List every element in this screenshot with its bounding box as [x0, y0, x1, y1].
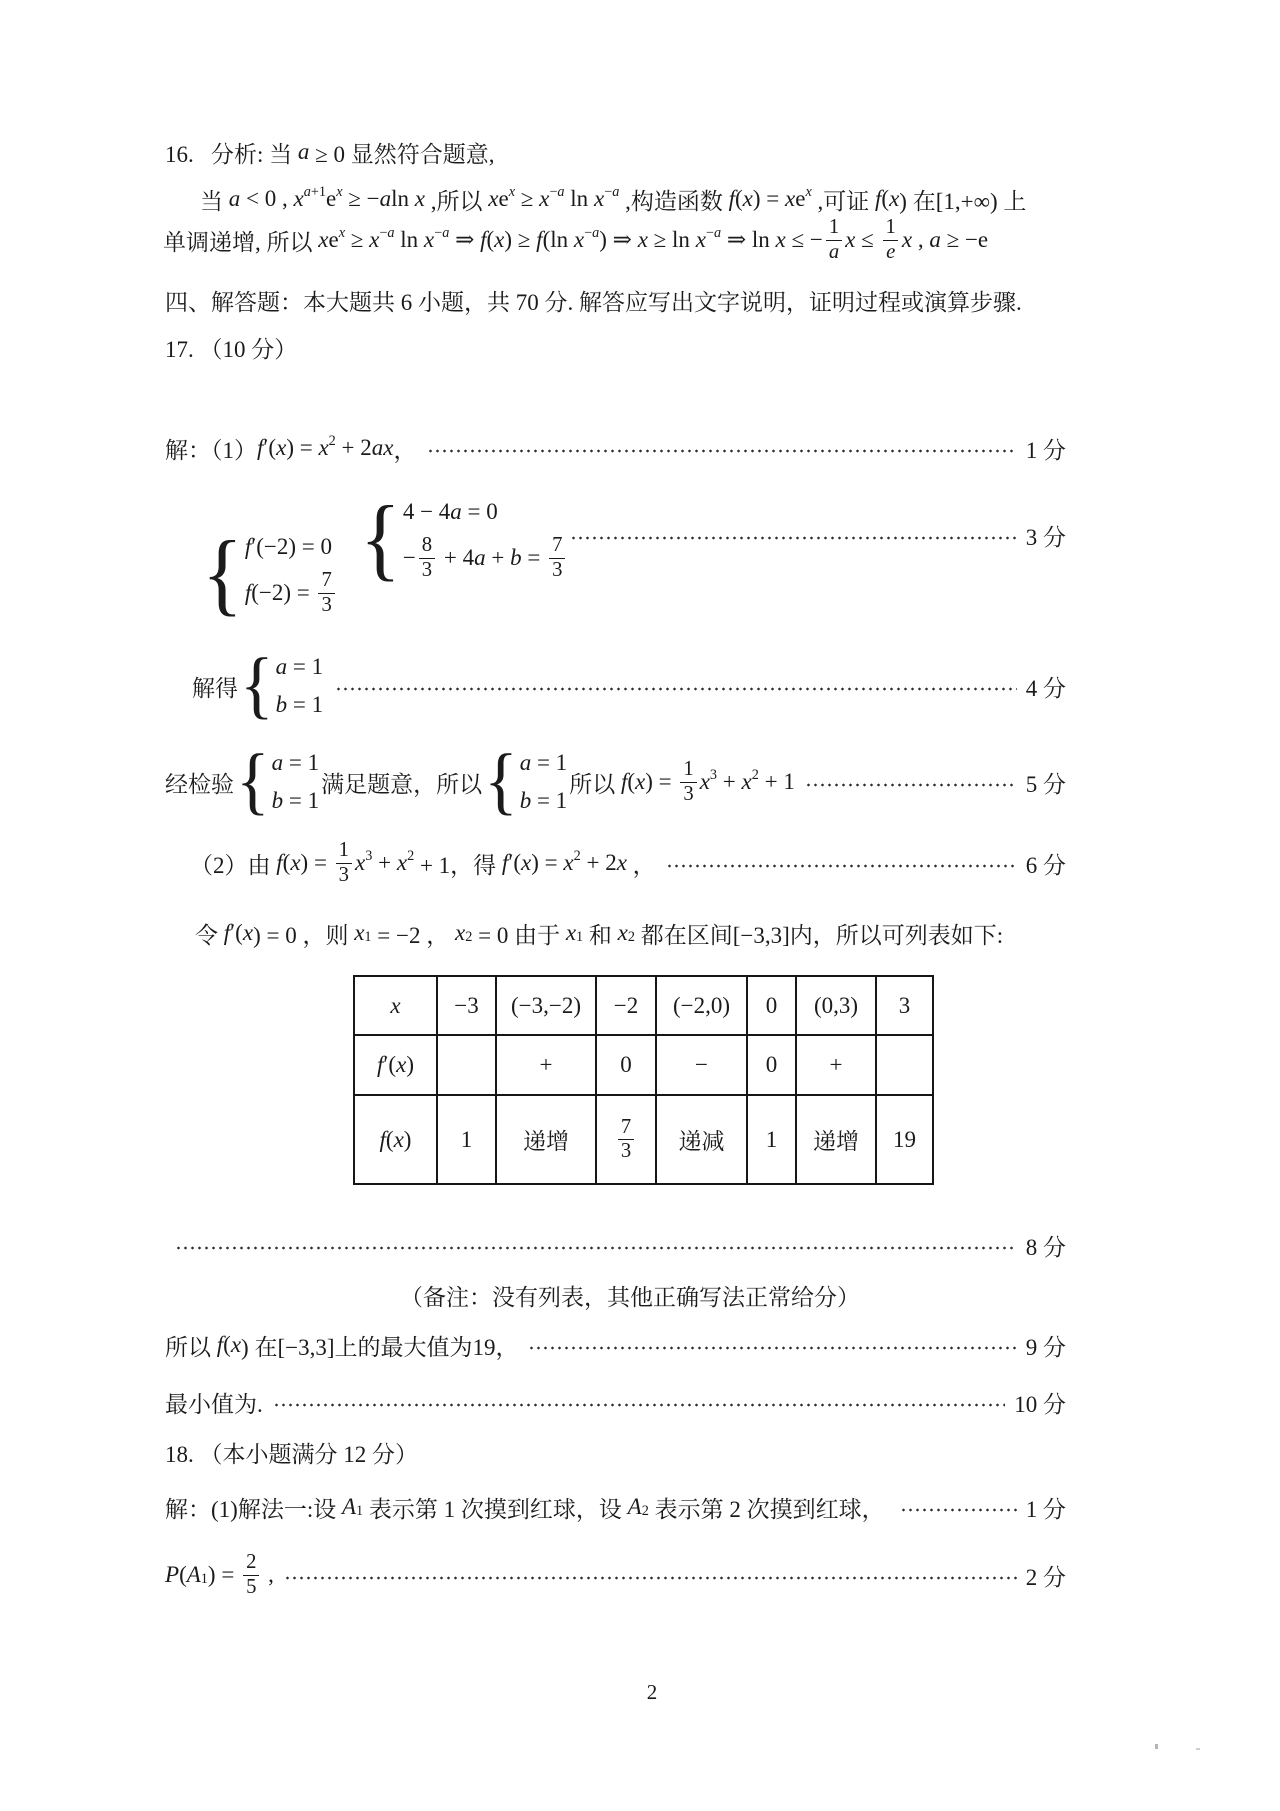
text: +: [717, 769, 741, 795]
scan-speck: [1155, 1744, 1158, 1749]
table-cell: 递增: [496, 1095, 596, 1184]
q17-system-right: {4 − 4a = 0−83 + 4a + b = 73: [358, 483, 570, 595]
text: ⇒ ln: [721, 227, 775, 253]
math-token: a: [714, 225, 721, 241]
text: 递减: [679, 1129, 725, 1154]
math-token: −: [434, 225, 442, 241]
fraction-denominator: 3: [419, 558, 435, 582]
text: 0: [620, 1052, 632, 1077]
text: = 1: [287, 692, 323, 718]
text: (−2,0): [673, 993, 730, 1018]
score-label: 1 分: [1026, 432, 1066, 465]
text: 1: [461, 1127, 473, 1152]
math-token: 3: [552, 559, 562, 581]
scan-speck: [1196, 1748, 1200, 1750]
dotted-leader: [335, 687, 1017, 691]
brace-group: {f′(−2) = 0f(−2) = 73: [202, 531, 338, 616]
math-variable: b: [510, 545, 522, 571]
text: （备注：没有列表，其他正确写法正常给分）: [400, 1279, 860, 1312]
math-variable: ax: [372, 435, 394, 461]
text: = 1: [283, 788, 319, 814]
math-token: x: [336, 184, 342, 200]
math-variable: x: [574, 227, 584, 253]
math-variable: P: [165, 1562, 179, 1588]
curly-brace: {: [360, 497, 401, 581]
math-token: a: [557, 184, 564, 200]
text: ′(: [508, 850, 521, 876]
brace-rows: a = 1b = 1: [520, 747, 567, 817]
score-label: 5 分: [1026, 766, 1066, 799]
text: 16. 分析: 当: [165, 136, 298, 169]
brace-group: {4 − 4a = 0−83 + 4a + b = 73: [360, 496, 568, 581]
math-variable: x: [700, 769, 710, 795]
score-label: 9 分: [1026, 1329, 1066, 1362]
fraction: 1a: [826, 216, 842, 263]
math-token: a: [304, 184, 311, 200]
brace-row: a = 1: [276, 651, 323, 683]
fraction: 83: [419, 534, 435, 581]
q17-header: 17. （10 分）: [165, 329, 297, 365]
math-variable: x: [845, 227, 855, 253]
curly-brace: {: [240, 651, 274, 721]
brace-group: {a = 1b = 1: [240, 651, 323, 721]
math-variable: x: [696, 227, 706, 253]
score-label: 2 分: [1026, 1559, 1066, 1592]
math-token: −: [604, 184, 612, 200]
q17-min-line: 最小值为.10 分: [165, 1384, 1066, 1420]
fraction: 13: [680, 758, 696, 805]
text: 最小值为.: [165, 1386, 263, 1419]
math-variable: b: [272, 788, 284, 814]
math-token: 1: [364, 929, 371, 945]
math-variable: x: [354, 920, 364, 946]
text: ≤: [855, 227, 879, 253]
section4-header: 四、解答题：本大题共 6 小题，共 70 分. 解答应写出文字说明，证明过程或演…: [165, 282, 1022, 318]
brace-rows: a = 1b = 1: [276, 651, 323, 721]
brace-row: b = 1: [520, 785, 567, 817]
text: = 0 由于: [472, 917, 565, 950]
math-token: 3: [321, 594, 331, 616]
math-variable: x: [776, 227, 786, 253]
fraction-numerator: 7: [318, 569, 334, 592]
page-number: 2: [640, 1680, 664, 1705]
brace-group: {a = 1b = 1: [484, 747, 567, 817]
text: =: [522, 545, 546, 571]
q17-note-line: （备注：没有列表，其他正确写法正常给分）: [400, 1277, 860, 1313]
fraction-numerator: 1: [826, 216, 842, 239]
brace-row: f(−2) = 73: [245, 569, 338, 616]
math-variable: x: [455, 920, 465, 946]
math-token: 2: [465, 929, 472, 945]
fraction: 73: [618, 1116, 634, 1163]
math-variable: x: [243, 920, 253, 946]
fraction-denominator: 3: [680, 782, 696, 806]
math-token: 3: [422, 559, 432, 581]
table-cell: −: [656, 1035, 747, 1095]
brace-rows: a = 1b = 1: [272, 747, 319, 817]
table-cell: 19: [876, 1095, 933, 1184]
dotted-leader: [570, 536, 1017, 540]
q17-system-left: {f′(−2) = 0f(−2) = 73: [200, 518, 340, 630]
text: +: [372, 850, 396, 876]
q17-zeros-line: 令 f′(x) = 0 ，则 x1 = −2 ， x2 = 0 由于 x1 和 …: [195, 915, 1003, 951]
table-cell: (0,3): [796, 976, 876, 1035]
text: ≥ ln: [648, 227, 696, 253]
table-cell: (−3,−2): [496, 976, 596, 1035]
math-token: −: [584, 225, 592, 241]
text: (: [223, 1332, 231, 1358]
text: + 4: [438, 545, 474, 571]
math-token: a: [829, 241, 839, 263]
brace-rows: 4 − 4a = 0−83 + 4a + b = 73: [403, 496, 569, 581]
math-token: a: [612, 184, 619, 200]
math-token: 1: [576, 929, 583, 945]
text: = 1: [531, 750, 567, 776]
fraction-denominator: 3: [336, 863, 352, 887]
math-variable: x: [618, 920, 628, 946]
math-token: 1: [201, 1571, 208, 1587]
math-token: 1: [683, 758, 693, 780]
text: +: [830, 1052, 843, 1077]
table-cell: x: [354, 976, 437, 1035]
text: ): [404, 1127, 412, 1152]
math-token: 3: [365, 848, 372, 864]
fraction: 1e: [883, 216, 899, 263]
text: 满足题意，所以: [321, 766, 482, 799]
text: ) ⇒: [599, 227, 637, 253]
q17-verify-line: 经检验{a = 1b = 1满足题意，所以{a = 1b = 1所以 f(x) …: [165, 742, 1066, 822]
math-variable: x: [390, 993, 400, 1018]
math-token: 2: [642, 1503, 649, 1519]
text: ′(: [383, 1052, 396, 1077]
text: ) =: [208, 1562, 240, 1588]
math-token: 2: [752, 767, 759, 783]
brace-row: 4 − 4a = 0: [403, 496, 569, 528]
fraction-numerator: 1: [680, 758, 696, 781]
math-token: 1: [356, 1503, 363, 1519]
brace-row: b = 1: [272, 785, 319, 817]
brace-row: f′(−2) = 0: [245, 531, 338, 563]
math-token: 2: [246, 1551, 256, 1573]
text: +: [540, 1052, 553, 1077]
text: ′(−2) = 0: [251, 534, 332, 560]
text: +: [486, 545, 510, 571]
text: 0: [766, 1052, 778, 1077]
text: 四、解答题：本大题共 6 小题，共 70 分. 解答应写出文字说明，证明过程或演…: [165, 284, 1022, 317]
text: (: [627, 769, 635, 795]
text: ≥ 0 显然符合题意,: [309, 136, 494, 169]
math-variable: x: [742, 769, 752, 795]
text: −: [403, 545, 416, 571]
fraction: 13: [336, 839, 352, 886]
math-variable: x: [635, 769, 645, 795]
text: 表示第 1 次摸到红球，设: [363, 1491, 628, 1524]
text: + 1: [759, 769, 795, 795]
math-variable: b: [520, 788, 532, 814]
math-token: −: [706, 225, 714, 241]
text: 递增: [813, 1129, 859, 1154]
table-cell: 3: [876, 976, 933, 1035]
q18-header: 18. （本小题满分 12 分）: [165, 1434, 418, 1470]
curly-brace: {: [236, 747, 270, 817]
text: 令: [195, 917, 224, 950]
math-variable: a: [929, 227, 941, 253]
math-token: 1: [829, 216, 839, 238]
text: (ln: [543, 227, 574, 253]
text: −3: [454, 993, 478, 1018]
math-variable: x: [318, 227, 328, 253]
score-label: 3 分: [1026, 519, 1066, 552]
score-label: 6 分: [1026, 847, 1066, 880]
score-label: 10 分: [1014, 1386, 1066, 1419]
table-cell: −2: [596, 976, 656, 1035]
text: 19: [893, 1127, 916, 1152]
text: ): [406, 1052, 414, 1077]
text: ≥: [345, 227, 369, 253]
math-token: a: [592, 225, 599, 241]
math-token: 5: [246, 1576, 256, 1598]
brace-row: a = 1: [272, 747, 319, 779]
dotted-leader: [805, 783, 1017, 787]
text: ) =: [531, 850, 563, 876]
table-cell: 73: [596, 1095, 656, 1184]
math-variable: a: [298, 139, 310, 165]
text: 所以: [165, 1329, 217, 1362]
text: （2）由: [190, 847, 276, 880]
math-variable: x: [563, 850, 573, 876]
text: 解：（1）: [165, 432, 257, 465]
math-variable: x: [617, 850, 627, 876]
math-variable: a: [272, 750, 284, 776]
fraction-numerator: 7: [618, 1116, 634, 1139]
text: 1: [766, 1127, 778, 1152]
q17-dots3-line: 3 分: [560, 517, 1066, 553]
math-variable: a: [450, 499, 462, 525]
text: ) ≥: [504, 227, 536, 253]
q17-dots8-line: 8 分: [165, 1227, 1066, 1263]
math-variable: x: [369, 227, 379, 253]
math-variable: x: [638, 227, 648, 253]
math-token: a: [387, 225, 394, 241]
text: 0: [766, 993, 778, 1018]
text: (−3,−2): [511, 993, 581, 1018]
table-cell: (−2,0): [656, 976, 747, 1035]
fraction-denominator: 5: [243, 1575, 259, 1599]
text: 表示第 2 次摸到红球，: [649, 1491, 891, 1524]
text: 3: [899, 993, 911, 1018]
math-variable: b: [276, 692, 288, 718]
text: + 2: [581, 850, 617, 876]
text: = 1: [287, 654, 323, 680]
dotted-leader: [273, 1403, 1006, 1407]
fraction-numerator: 8: [419, 534, 435, 557]
text: (0,3): [814, 993, 858, 1018]
text: ，: [627, 847, 656, 880]
math-variable: a: [276, 654, 288, 680]
text: 解得: [192, 670, 238, 703]
math-token: 3: [683, 783, 693, 805]
math-variable: A: [187, 1562, 201, 1588]
fraction-numerator: 2: [243, 1551, 259, 1574]
table-cell: f(x): [354, 1095, 437, 1184]
math-token: x: [509, 184, 515, 200]
math-token: 8: [422, 534, 432, 556]
math-token: 7: [321, 569, 331, 591]
math-variable: A: [342, 1494, 356, 1520]
dotted-leader: [175, 1246, 1017, 1250]
text: ⇒: [449, 227, 480, 253]
math-token: x: [805, 184, 811, 200]
math-variable: x: [902, 227, 912, 253]
text: 所以: [569, 766, 621, 799]
math-variable: x: [494, 227, 504, 253]
text: = 1: [531, 788, 567, 814]
text: ) =: [286, 435, 318, 461]
table-cell: f′(x): [354, 1035, 437, 1095]
text: = 1: [283, 750, 319, 776]
text: 17. （10 分）: [165, 331, 297, 364]
text: ,: [262, 1562, 274, 1588]
math-token: 2: [574, 848, 581, 864]
brace-row: b = 1: [276, 689, 323, 721]
q16-step2-line: 单调递增, 所以 xex ≥ x−a ln x−a ⇒ f(x) ≥ f(ln …: [163, 208, 988, 272]
text: 解：(1)解法一:设: [165, 1491, 342, 1524]
table-cell: 0: [596, 1035, 656, 1095]
curly-brace: {: [202, 532, 243, 616]
text: 递增: [523, 1129, 569, 1154]
math-variable: x: [521, 850, 531, 876]
text: 单调递增, 所以: [163, 224, 318, 257]
math-variable: x: [394, 1127, 404, 1152]
text: ,: [912, 227, 929, 253]
fraction-numerator: 1: [883, 216, 899, 239]
text: ) 在[−3,3]上的最大值为19，: [241, 1329, 518, 1362]
text: 18. （本小题满分 12 分）: [165, 1436, 418, 1469]
math-variable: a: [474, 545, 486, 571]
score-label: 1 分: [1026, 1491, 1066, 1524]
math-variable: A: [628, 1494, 642, 1520]
math-token: 1: [339, 839, 349, 861]
text: ，: [394, 432, 417, 465]
math-token: e: [886, 241, 895, 263]
math-variable: x: [396, 1052, 406, 1077]
table-cell: 1: [747, 1095, 796, 1184]
fraction: 73: [318, 569, 334, 616]
monotonicity-table: x−3(−3,−2)−2(−2,0)0(0,3)3f′(x)+0−0+f(x)1…: [353, 975, 934, 1185]
math-variable: x: [355, 850, 365, 876]
table-cell: 递增: [796, 1095, 876, 1184]
text: −: [695, 1052, 708, 1077]
table-cell: +: [796, 1035, 876, 1095]
brace-group: {a = 1b = 1: [236, 747, 319, 817]
math-token: 2: [407, 848, 414, 864]
math-token: x: [339, 225, 345, 241]
text: + 2: [336, 435, 372, 461]
brace-rows: f′(−2) = 0f(−2) = 73: [245, 531, 338, 616]
dotted-leader: [284, 1576, 1017, 1580]
math-token: 3: [621, 1140, 631, 1162]
fraction-denominator: e: [883, 240, 898, 264]
score-label: 4 分: [1026, 670, 1066, 703]
table-cell: [876, 1035, 933, 1095]
text: = −2 ，: [372, 917, 455, 950]
text: ln: [395, 227, 424, 253]
text: ≤ −: [786, 227, 823, 253]
fraction-denominator: 3: [618, 1139, 634, 1163]
text: = 0: [462, 499, 498, 525]
math-variable: x: [276, 435, 286, 461]
table-cell: −3: [437, 976, 496, 1035]
text: (: [386, 1127, 394, 1152]
text: (: [486, 227, 494, 253]
q18-pa1-line: P(A1) = 25 ,2 分: [165, 1543, 1066, 1607]
table-cell: +: [496, 1035, 596, 1095]
text: ′(: [263, 435, 276, 461]
q17-solve-line: 解得{a = 1b = 14 分: [192, 647, 1066, 725]
table-cell: 递减: [656, 1095, 747, 1184]
text: 都在区间[−3,3]内，所以可列表如下:: [635, 917, 1003, 950]
dotted-leader: [666, 864, 1017, 868]
text: e: [328, 227, 338, 253]
math-variable: x: [318, 435, 328, 461]
text: ) =: [645, 769, 677, 795]
math-token: 7: [621, 1116, 631, 1138]
text: (: [179, 1562, 187, 1588]
text: ≥ −e: [941, 227, 988, 253]
q17-max-line: 所以 f(x) 在[−3,3]上的最大值为19，9 分: [165, 1327, 1066, 1363]
text: 经检验: [165, 766, 234, 799]
math-token: 1: [886, 216, 896, 238]
math-token: 2: [628, 929, 635, 945]
text: 4 − 4: [403, 499, 450, 525]
text: 和: [583, 917, 618, 950]
fraction-denominator: 3: [318, 593, 334, 617]
q16-analysis-line: 16. 分析: 当 a ≥ 0 显然符合题意,: [165, 134, 495, 170]
math-token: 3: [339, 864, 349, 886]
table-cell: [437, 1035, 496, 1095]
text: + 1，得: [414, 847, 502, 880]
table-cell: 1: [437, 1095, 496, 1184]
math-variable: x: [290, 850, 300, 876]
fraction-numerator: 1: [336, 839, 352, 862]
math-token: 2: [329, 433, 336, 449]
math-variable: x: [566, 920, 576, 946]
table-cell: 0: [747, 976, 796, 1035]
text: −2: [614, 993, 638, 1018]
math-variable: a: [520, 750, 532, 776]
brace-row: a = 1: [520, 747, 567, 779]
table-cell: 0: [747, 1035, 796, 1095]
math-variable: x: [424, 227, 434, 253]
q17-step1-line: 解：（1）f′(x) = x2 + 2ax，1 分: [165, 430, 1066, 466]
dotted-leader: [427, 449, 1017, 453]
text: (−2) =: [251, 580, 315, 606]
text: ′(: [230, 920, 243, 946]
math-token: 3: [710, 767, 717, 783]
math-token: +1: [311, 184, 326, 200]
brace-row: −83 + 4a + b = 73: [403, 534, 569, 581]
math-variable: x: [397, 850, 407, 876]
curly-brace: {: [484, 747, 518, 817]
fraction: 25: [243, 1551, 259, 1598]
math-variable: x: [231, 1332, 241, 1358]
fraction-denominator: a: [826, 240, 842, 264]
dotted-leader: [900, 1508, 1016, 1512]
dotted-leader: [528, 1346, 1016, 1350]
fraction-denominator: 3: [549, 558, 565, 582]
math-token: a: [442, 225, 449, 241]
text: ) =: [301, 850, 333, 876]
